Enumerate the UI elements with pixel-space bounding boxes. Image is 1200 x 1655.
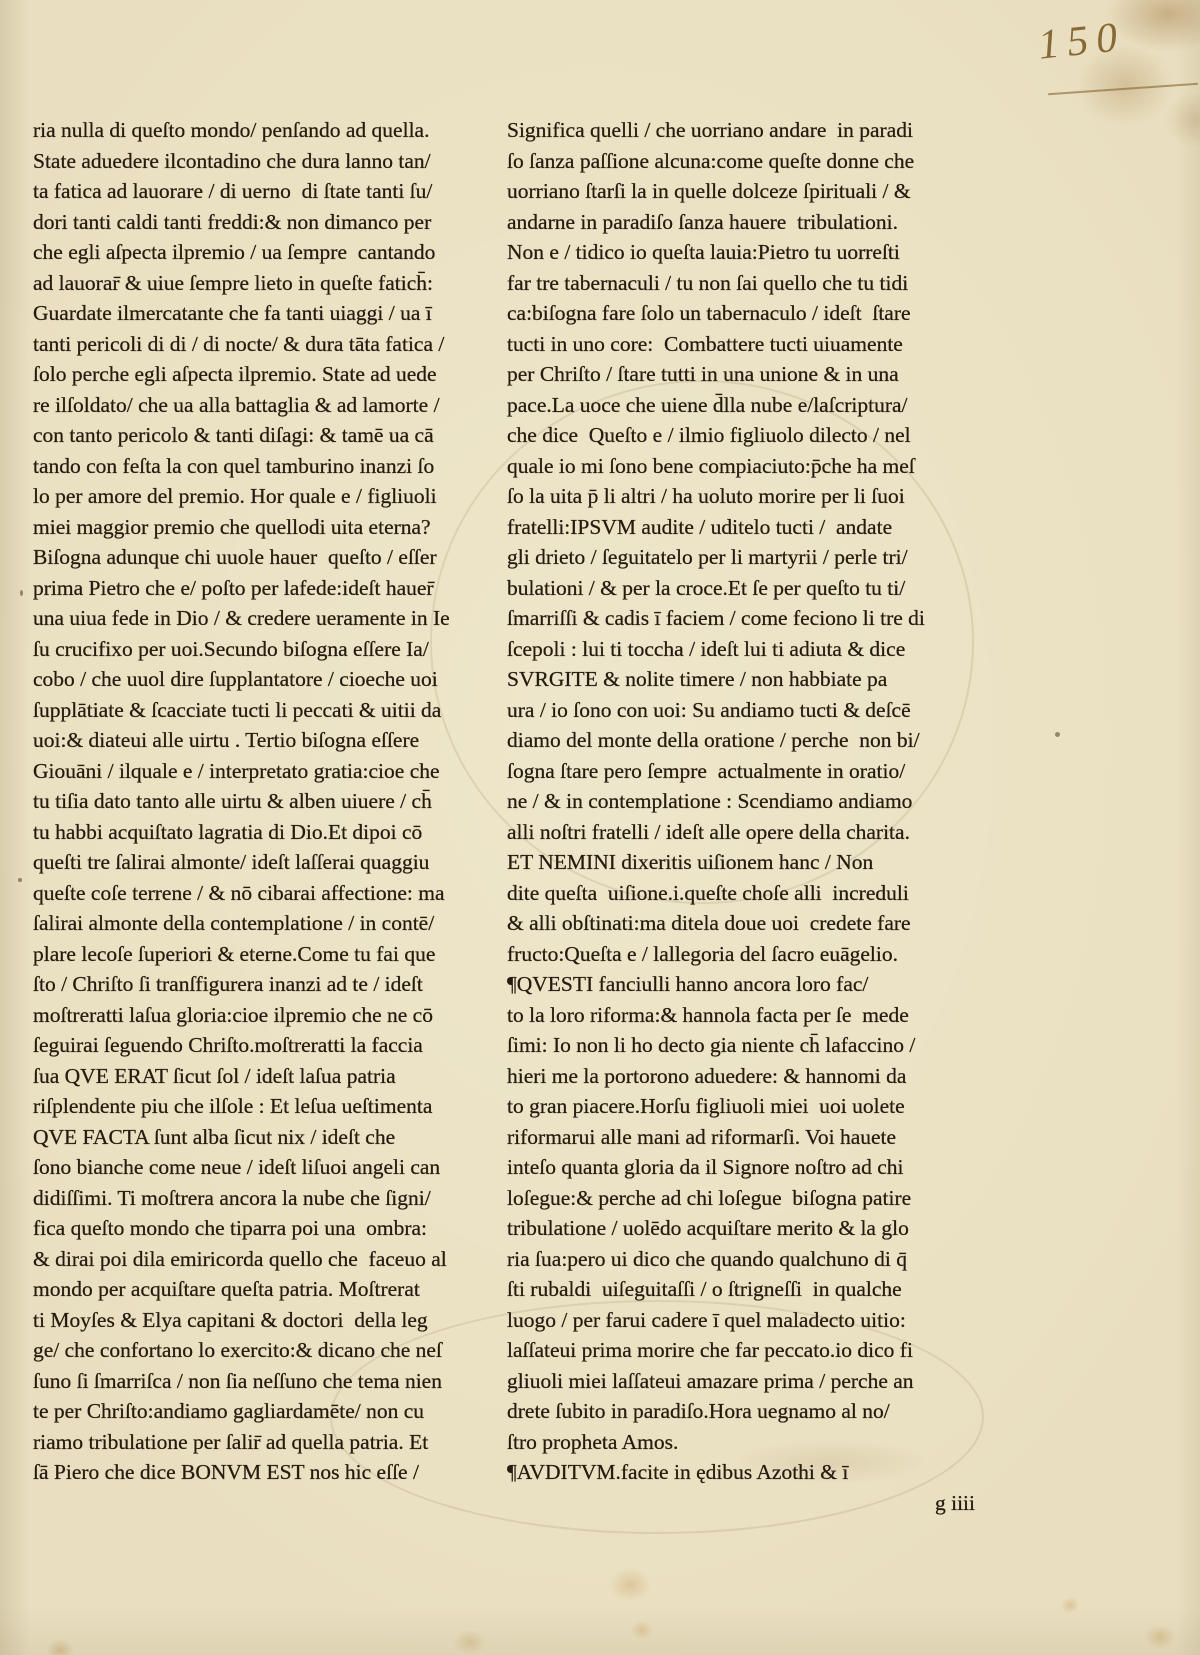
text-line: andarne in paradiſo ſanza hauere tribula… — [507, 207, 979, 238]
text-line: queſte coſe terrene / & nō cibarai affec… — [33, 878, 505, 909]
text-line: tanti pericoli di di / di nocte/ & dura … — [33, 329, 505, 360]
text-line: ſti rubaldi uiſeguitaſſi / o ſtrigneſſi … — [507, 1274, 979, 1305]
text-line: riformarui alle mani ad riformarſi. Voi … — [507, 1122, 979, 1153]
text-line: ſuno ſi ſmarriſca / non ſia neſſuno che … — [33, 1366, 505, 1397]
text-line: tu habbi acquiſtato lagratia di Dio.Et d… — [33, 817, 505, 848]
text-line: loſegue:& perche ad chi loſegue biſogna … — [507, 1183, 979, 1214]
text-line: QVE FACTA ſunt alba ſicut nix / ideſt ch… — [33, 1122, 505, 1153]
ink-speck — [18, 878, 22, 882]
text-line: ſalirai almonte della contemplatione / i… — [33, 908, 505, 939]
text-line: ria ſua:pero ui dico che quando qualchun… — [507, 1244, 979, 1275]
text-line: tu tiſia dato tanto alle uirtu & alben u… — [33, 786, 505, 817]
text-line: riſplendente piu che ilſole : Et leſua u… — [33, 1091, 505, 1122]
text-line: State aduedere ilcontadino che dura lann… — [33, 146, 505, 177]
text-line: ſimi: Io non li ho decto gia niente ch̄ … — [507, 1030, 979, 1061]
text-line: diamo del monte della oratione / perche … — [507, 725, 979, 756]
text-line: ¶AVDITVM.facite in ędibus Azothi & ī — [507, 1457, 979, 1488]
text-line: dori tanti caldi tanti freddi:& non dima… — [33, 207, 505, 238]
text-line: cobo / che uuol dire ſupplantatore / cio… — [33, 664, 505, 695]
text-line: ca:biſogna fare ſolo un tabernaculo / id… — [507, 298, 979, 329]
text-line: dite queſta uiſione.i.queſte choſe alli … — [507, 878, 979, 909]
ink-speck — [1055, 732, 1060, 737]
text-line: ura / io ſono con uoi: Su andiamo tucti … — [507, 695, 979, 726]
text-line: per Chriſto / ſtare tutti in una unione … — [507, 359, 979, 390]
text-line: quale io mi ſono bene compiaciuto:p̄che … — [507, 451, 979, 482]
text-line: che dice Queſto e / ilmio figliuolo dile… — [507, 420, 979, 451]
text-line: mondo per acquiſtare queſta patria. Moſt… — [33, 1274, 505, 1305]
text-line: uorriano ſtarſi la in quelle dolceze ſpi… — [507, 176, 979, 207]
ink-speck — [20, 590, 23, 596]
text-line: ¶QVESTI fanciulli hanno ancora loro fac/ — [507, 969, 979, 1000]
text-line: ſono bianche come neue / ideſt liſuoi an… — [33, 1152, 505, 1183]
text-line: che egli aſpecta ilpremio / ua ſempre ca… — [33, 237, 505, 268]
text-line: moſtreratti laſua gloria:cioe ilpremio c… — [33, 1000, 505, 1031]
text-line: ſogna ſtare pero ſempre actualmente in o… — [507, 756, 979, 787]
right-text-column: Significa quelli / che uorriano andare i… — [507, 115, 979, 1518]
text-line: ET NEMINI dixeritis uiſionem hanc / Non — [507, 847, 979, 878]
text-line: far tre tabernaculi / tu non ſai quello … — [507, 268, 979, 299]
text-line: plare lecoſe ſuperiori & eterne.Come tu … — [33, 939, 505, 970]
text-line: lo per amore del premio. Hor quale e / f… — [33, 481, 505, 512]
text-line: ge/ che confortano lo exercito:& dicano … — [33, 1335, 505, 1366]
text-line: to gran piacere.Horſu figliuoli miei uoi… — [507, 1091, 979, 1122]
text-line: ria nulla di queſto mondo/ penſando ad q… — [33, 115, 505, 146]
text-line: Biſogna adunque chi uuole hauer queſto /… — [33, 542, 505, 573]
text-line: & alli obſtinati:ma ditela doue uoi cred… — [507, 908, 979, 939]
folio-underline-flourish — [1048, 83, 1198, 95]
text-line: re ilſoldato/ che ua alla battaglia & ad… — [33, 390, 505, 421]
text-line: Giouāni / ilquale e / interpretato grati… — [33, 756, 505, 787]
handwritten-folio-number: 150 — [1036, 6, 1190, 69]
text-line: una uiua fede in Dio / & credere ueramen… — [33, 603, 505, 634]
text-line: fratelli:IPSVM audite / uditelo tucti / … — [507, 512, 979, 543]
text-line: drete ſubito in paradiſo.Hora uegnamo al… — [507, 1396, 979, 1427]
text-line: ſto / Chriſto ſi tranſfigurera inanzi ad… — [33, 969, 505, 1000]
text-line: ſo ſanza paſſione alcuna:come queſte don… — [507, 146, 979, 177]
text-line: ſu crucifixo per uoi.Secundo biſogna eſſ… — [33, 634, 505, 665]
text-line: SVRGITE & nolite timere / non habbiate p… — [507, 664, 979, 695]
text-line: hieri me la portorono aduedere: & hannom… — [507, 1061, 979, 1092]
text-line: ad lauorar̄ & uiue ſempre lieto in queſt… — [33, 268, 505, 299]
text-line: ſā Piero che dice BONVM EST nos hic eſſe… — [33, 1457, 505, 1488]
text-line: inteſo quanta gloria da il Signore noſtr… — [507, 1152, 979, 1183]
text-line: te per Chriſto:andiamo gagliardamēte/ no… — [33, 1396, 505, 1427]
text-line: ſcepoli : lui ti toccha / ideſt lui ti a… — [507, 634, 979, 665]
text-line: ſo la uita p̄ li altri / ha uoluto morir… — [507, 481, 979, 512]
text-line: alli noſtri fratelli / ideſt alle opere … — [507, 817, 979, 848]
text-line: tribulatione / uolēdo acquiſtare merito … — [507, 1213, 979, 1244]
text-line: miei maggior premio che quellodi uita et… — [33, 512, 505, 543]
text-line: ne / & in contemplatione : Scendiamo and… — [507, 786, 979, 817]
text-line: Non e / tidico io queſta lauia:Pietro tu… — [507, 237, 979, 268]
text-line: ſtro propheta Amos. — [507, 1427, 979, 1458]
text-line: gliuoli miei laſſateui amazare prima / p… — [507, 1366, 979, 1397]
text-line: ſmarriſſi & cadis ī faciem / come fecion… — [507, 603, 979, 634]
text-line: prima Pietro che e/ poſto per lafede:ide… — [33, 573, 505, 604]
text-line: ſeguirai ſeguendo Chriſto.moſtreratti la… — [33, 1030, 505, 1061]
text-line: ſupplātiate & ſcacciate tucti li peccati… — [33, 695, 505, 726]
text-line: & dirai poi dila emiricorda quello che f… — [33, 1244, 505, 1275]
text-line: pace.La uoce che uiene d̄lla nube e/laſc… — [507, 390, 979, 421]
text-line: luogo / per farui cadere ī quel maladect… — [507, 1305, 979, 1336]
text-line: tando con feſta la con quel tamburino in… — [33, 451, 505, 482]
text-line: ti Moyſes & Elya capitani & doctori dell… — [33, 1305, 505, 1336]
text-line: ta fatica ad lauorare / di uerno di ſtat… — [33, 176, 505, 207]
text-line: to la loro riforma:& hannola facta per ſ… — [507, 1000, 979, 1031]
text-line: laſſateui prima morire che far peccato.i… — [507, 1335, 979, 1366]
text-line: queſti tre ſalirai almonte/ ideſt laſſer… — [33, 847, 505, 878]
text-line: fica queſto mondo che tiparra poi una om… — [33, 1213, 505, 1244]
text-line: con tanto pericolo & tanti diſagi: & tam… — [33, 420, 505, 451]
text-line: bulationi / & per la croce.Et ſe per que… — [507, 573, 979, 604]
text-line: gli drieto / ſeguitatelo per li martyrii… — [507, 542, 979, 573]
left-text-column: ria nulla di queſto mondo/ penſando ad q… — [33, 115, 505, 1488]
text-line: ſolo perche egli aſpecta ilpremio. State… — [33, 359, 505, 390]
signature-mark: g iiii — [507, 1488, 979, 1519]
text-line: uoi:& diateui alle uirtu . Tertio biſogn… — [33, 725, 505, 756]
document-page: 150 ria nulla di queſto mondo/ penſando … — [0, 0, 1200, 1655]
text-line: fructo:Queſta e / lallegoria del ſacro e… — [507, 939, 979, 970]
text-line: tucti in uno core: Combattere tucti uiua… — [507, 329, 979, 360]
text-line: Guardate ilmercatante che fa tanti uiagg… — [33, 298, 505, 329]
text-line: Significa quelli / che uorriano andare i… — [507, 115, 979, 146]
text-line: riamo tribulatione per ſalir̄ ad quella … — [33, 1427, 505, 1458]
text-line: didiſſimi. Ti moſtrera ancora la nube ch… — [33, 1183, 505, 1214]
text-line: ſua QVE ERAT ſicut ſol / ideſt laſua pat… — [33, 1061, 505, 1092]
